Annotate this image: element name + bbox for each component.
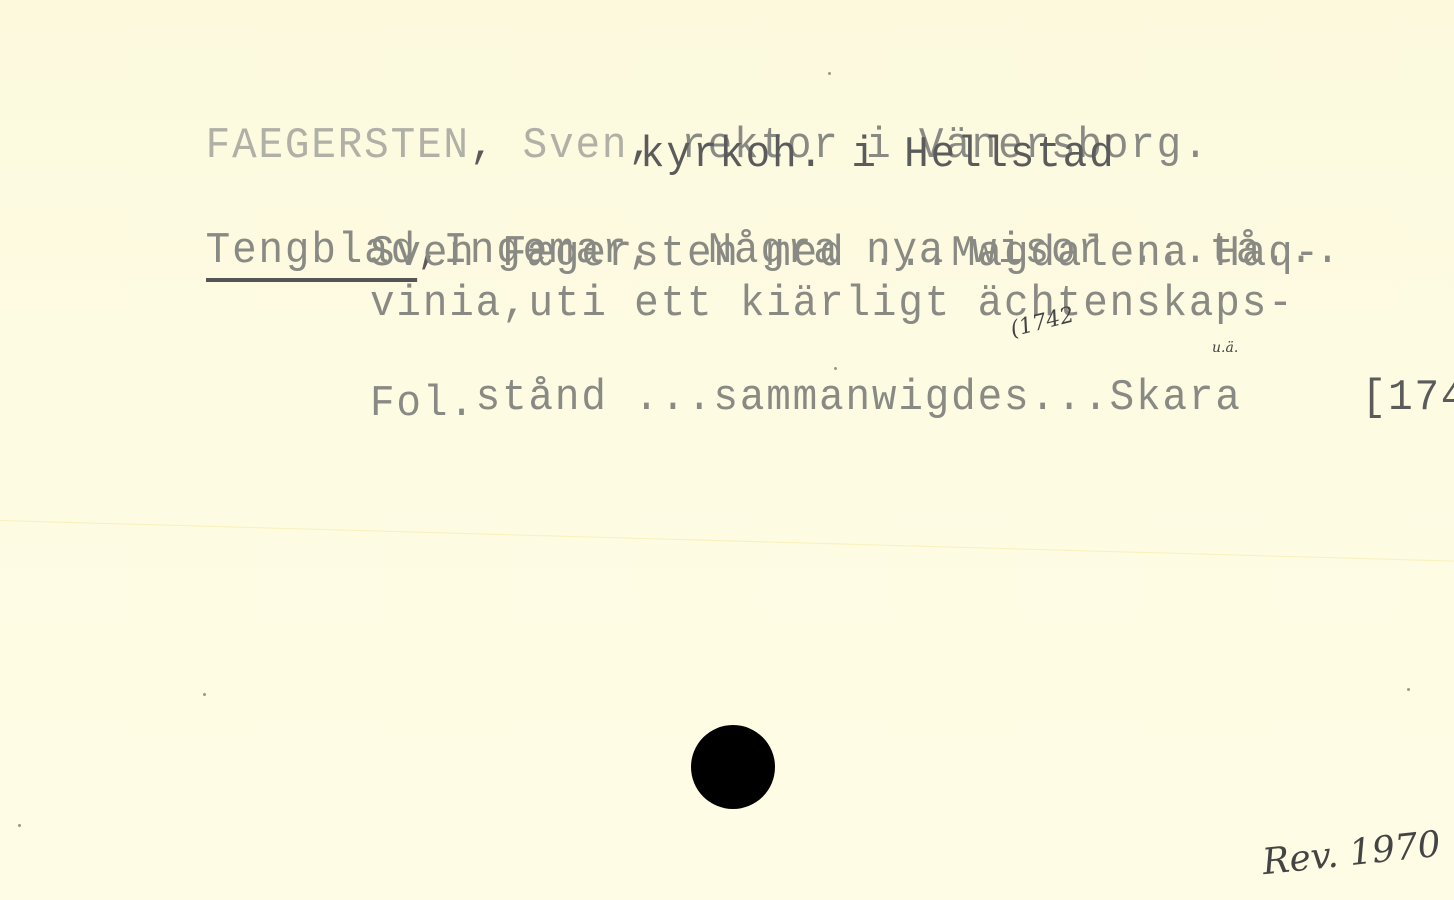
imprint-year: [1742?]: [1256, 332, 1454, 471]
paper-speck: [834, 367, 837, 370]
imprint-bracket-open: [: [1362, 373, 1388, 423]
entry-line-5-format: Fol.: [370, 382, 476, 426]
paper-speck: [1407, 688, 1410, 691]
entry-line-2: Sven Fægersten med ...Magdalena Haq-: [370, 232, 1321, 276]
entry-line-4: stånd ...sammanwigdes...Skara: [370, 332, 1242, 464]
hole-punch: [691, 725, 775, 809]
handwritten-place-note: u.ä.: [1212, 340, 1238, 356]
heading-separator-1: ,: [470, 121, 523, 171]
revision-note: Rev. 1970: [1260, 824, 1442, 883]
catalog-card: FAEGERSTEN, Sven, rektor i Vänersborg. k…: [0, 0, 1454, 900]
heading-surname: FAEGERSTEN: [206, 121, 470, 171]
paper-speck: [203, 693, 206, 696]
heading-forename: Sven: [523, 121, 629, 171]
entry-line-3: vinia,uti ett kiärligt ächtenskaps-: [370, 282, 1295, 326]
paper-speck: [18, 824, 21, 827]
paper-speck: [828, 72, 831, 75]
card-fold-line: [0, 520, 1454, 563]
entry-line-4-text: stånd ...sammanwigdes...Skara: [476, 373, 1242, 423]
imprint-year-value: 1742: [1388, 373, 1454, 423]
heading-title-line-2: kyrkoh. i Hellstad: [640, 133, 1115, 177]
